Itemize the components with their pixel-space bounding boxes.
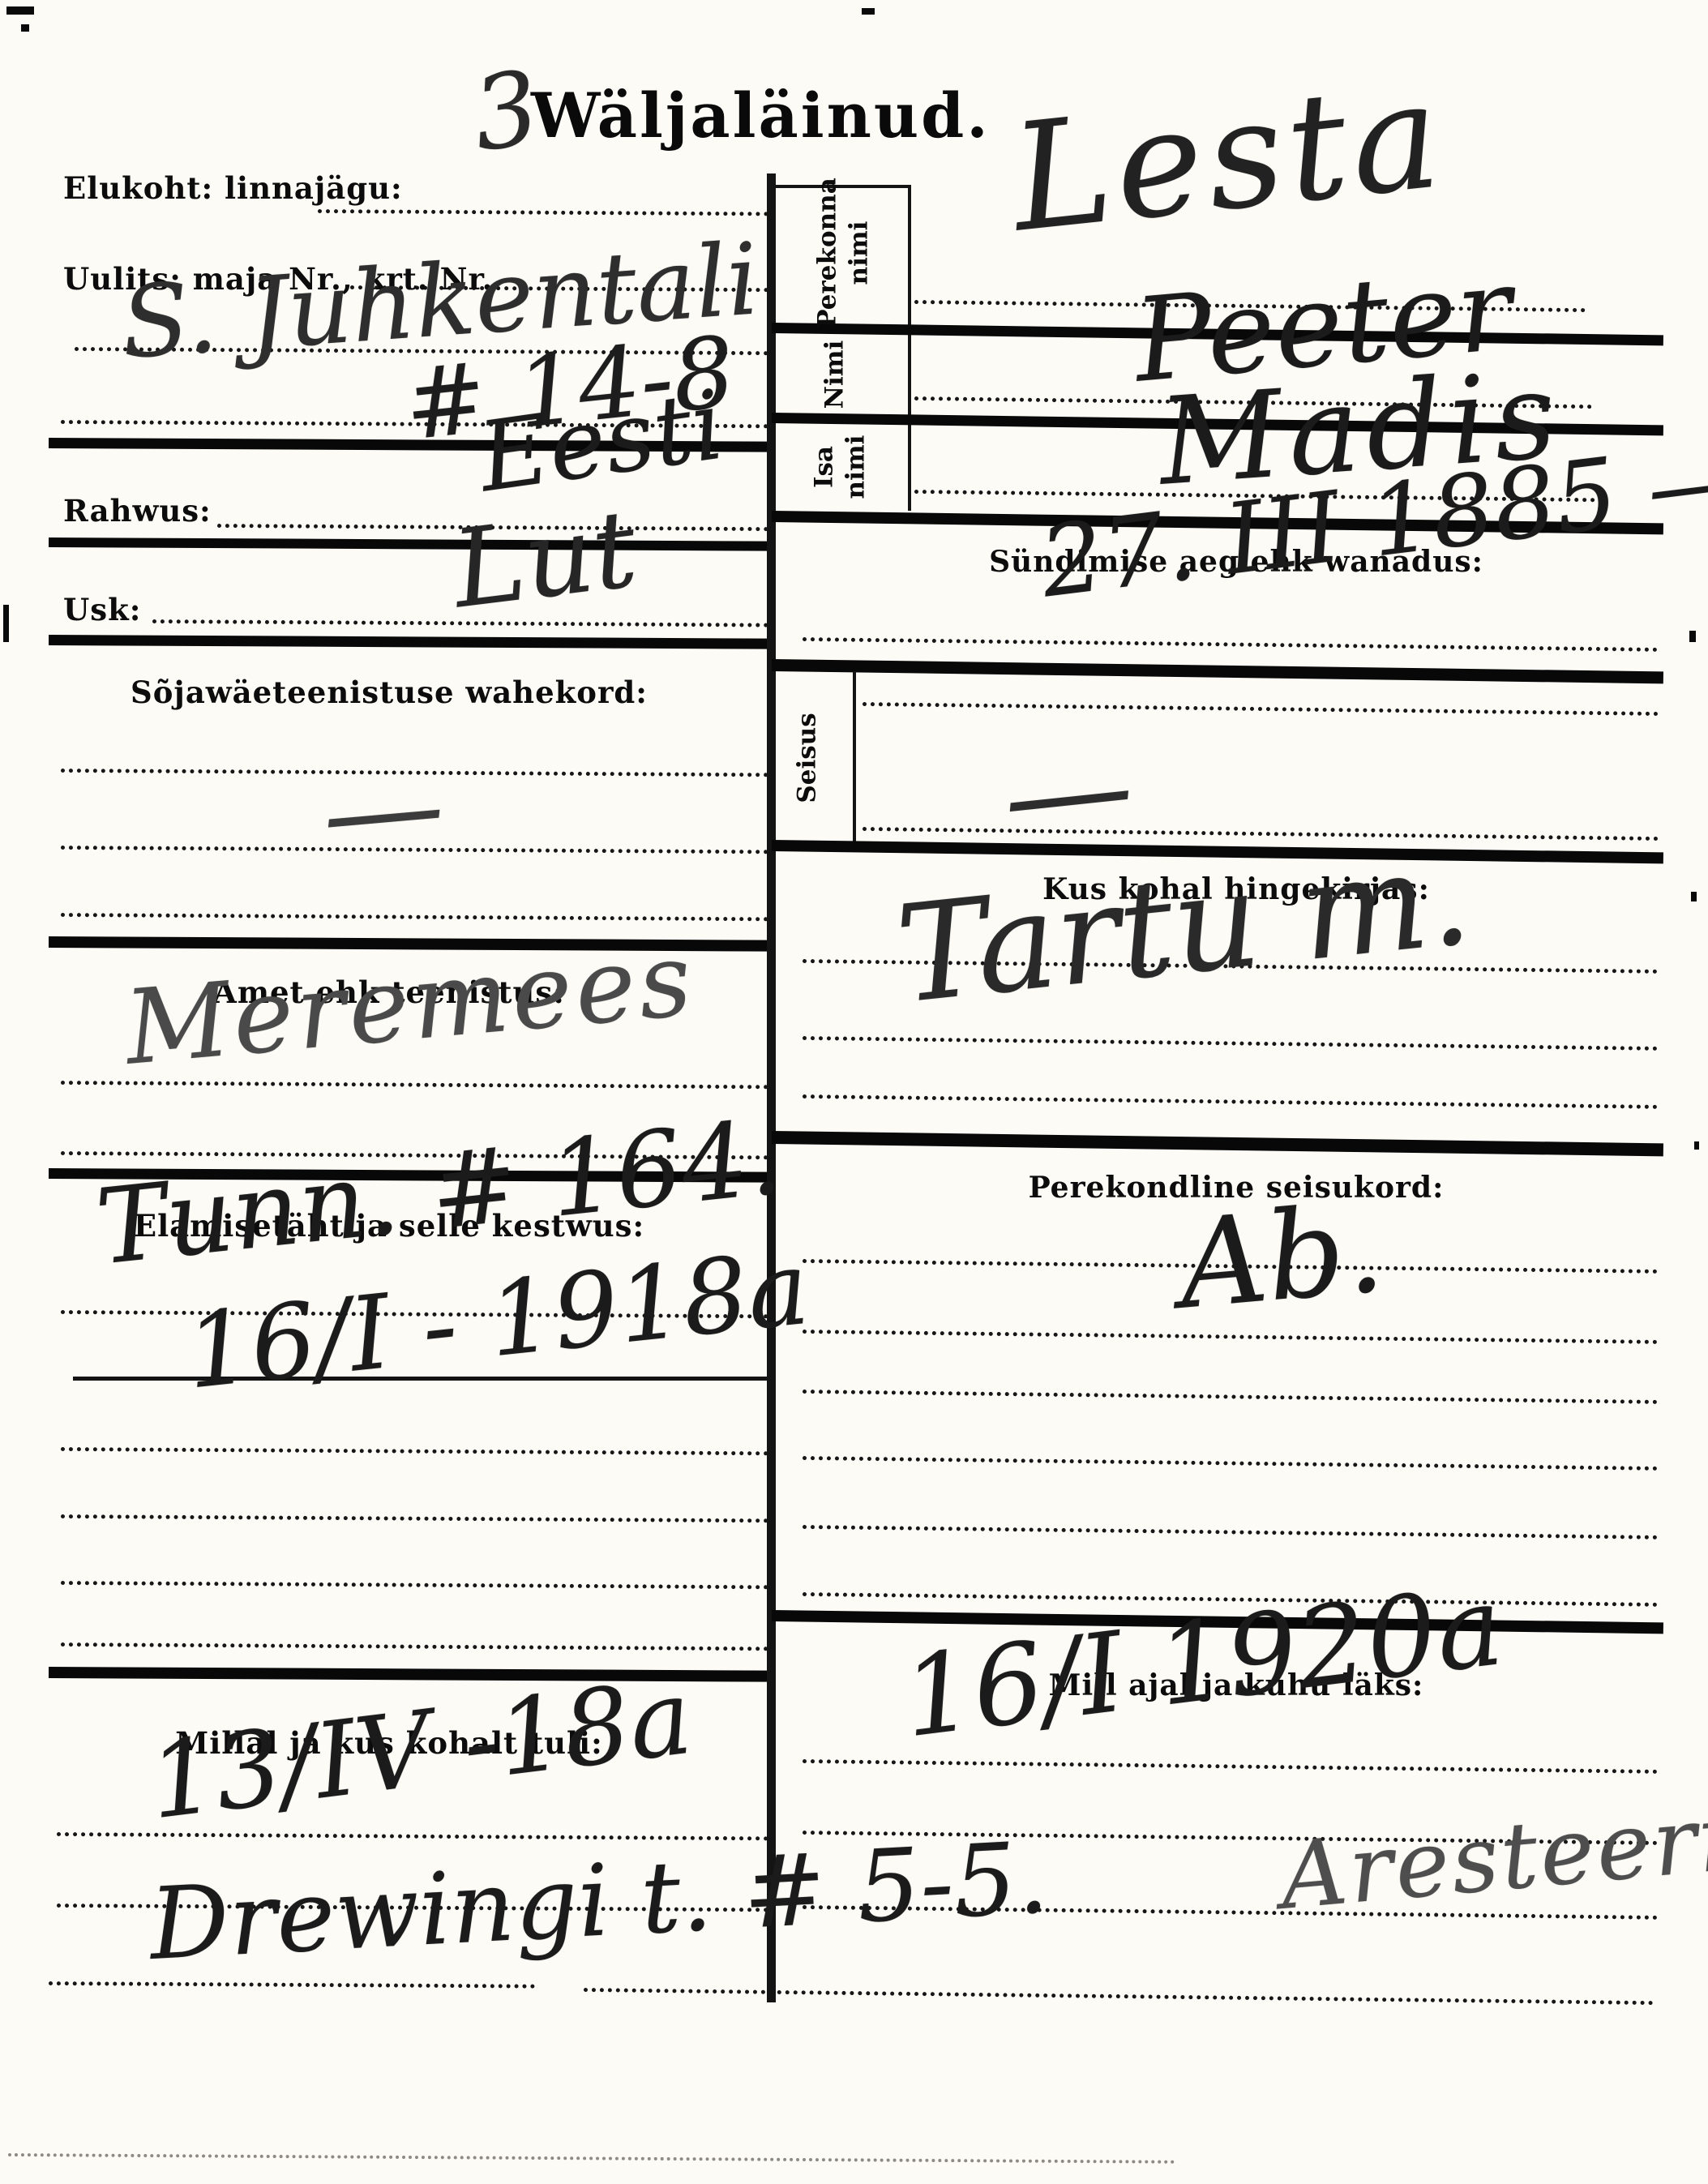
name-label: Nimi bbox=[820, 340, 851, 409]
arrival-place-handwriting: Drewingi t. # 5-5. bbox=[148, 1834, 1050, 1970]
section-rule bbox=[49, 537, 770, 551]
religion-label: Usk: bbox=[63, 592, 141, 627]
military-value-handwriting: — bbox=[318, 750, 448, 870]
dotted-line bbox=[803, 1525, 1658, 1540]
scan-artifact bbox=[21, 24, 29, 32]
arrival-date-handwriting: 13/IV -18a bbox=[144, 1671, 696, 1830]
status-box-vertical-line bbox=[853, 671, 856, 841]
dotted-line bbox=[61, 1642, 768, 1651]
column-divider bbox=[767, 173, 776, 2002]
dotted-line bbox=[803, 637, 1658, 652]
family-status-value-handwriting: Ab. bbox=[1175, 1194, 1388, 1321]
registry-value-handwriting: Tartu m. bbox=[892, 836, 1475, 1016]
surname-value-handwriting: Lesta bbox=[1006, 69, 1450, 246]
residence-label: Elukoht: linnajägu: bbox=[63, 170, 403, 206]
dotted-line bbox=[863, 702, 1659, 716]
section-rule bbox=[49, 635, 770, 649]
dotted-line bbox=[803, 1094, 1658, 1109]
scan-artifact bbox=[862, 8, 875, 15]
nationality-value-handwriting: Eesti bbox=[474, 382, 729, 501]
section-rule bbox=[772, 659, 1663, 683]
dotted-line bbox=[584, 1988, 1654, 2005]
religion-value-handwriting: Lut bbox=[448, 501, 642, 619]
dotted-line bbox=[803, 1759, 1658, 1774]
dotted-line bbox=[803, 1456, 1658, 1471]
label-box-vertical-line bbox=[908, 186, 911, 511]
page-title: Wäljaläinud. bbox=[531, 79, 991, 152]
dotted-line bbox=[61, 1514, 768, 1522]
father-name-label: Isa nimi bbox=[808, 435, 871, 499]
dotted-line bbox=[61, 1447, 768, 1455]
scanned-registration-card: 3 Wäljaläinud. Elukoht: linnajägu: Uulit… bbox=[0, 0, 1708, 2184]
departure-date-handwriting: 16/I 1920a bbox=[898, 1577, 1508, 1749]
dotted-line bbox=[318, 209, 768, 216]
title-number-handwriting: 3 bbox=[468, 62, 544, 161]
scan-artifact bbox=[6, 6, 34, 15]
departure-note-handwriting: Aresteeriti bbox=[1278, 1791, 1708, 1918]
occupation-value-handwriting: Meremees bbox=[122, 933, 698, 1074]
dotted-line bbox=[49, 1981, 535, 1989]
surname-label: Perekonna nimi bbox=[811, 178, 875, 328]
dotted-line bbox=[803, 1390, 1658, 1404]
status-label: Seisus bbox=[792, 713, 824, 803]
dotted-line bbox=[803, 1036, 1658, 1051]
faint-dotted-line bbox=[8, 2153, 1175, 2164]
scan-artifact bbox=[3, 605, 9, 642]
section-rule bbox=[772, 1131, 1663, 1156]
scan-artifact bbox=[1689, 631, 1696, 642]
military-label: Sõjawäeteenistuse wahekord: bbox=[89, 674, 689, 710]
dotted-line bbox=[61, 913, 768, 921]
scan-artifact bbox=[1694, 1141, 1699, 1150]
scan-artifact bbox=[1691, 892, 1697, 901]
status-value-handwriting: — bbox=[997, 726, 1138, 856]
nationality-label: Rahwus: bbox=[63, 493, 212, 529]
dotted-line bbox=[61, 1581, 768, 1589]
